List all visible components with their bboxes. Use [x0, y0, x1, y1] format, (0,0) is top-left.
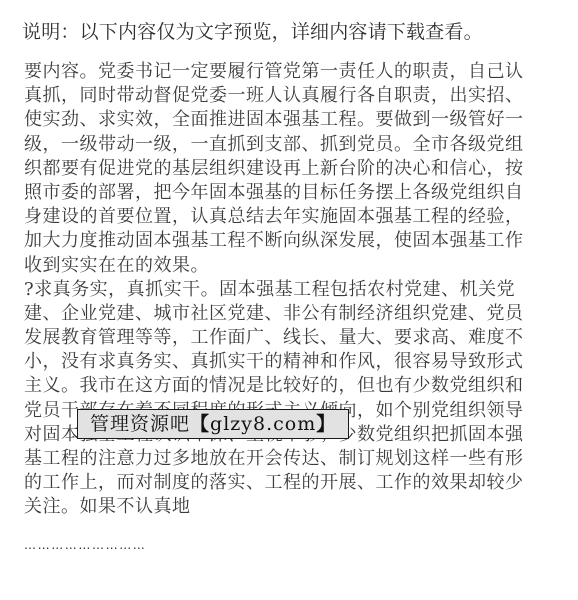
text-line: 发展教育管理等等，工作面广、线长、量大、要求高、难度不 [24, 326, 564, 350]
text-line: 加大力度推动固本强基工程不断向纵深发展，使固本强基工作 [24, 229, 564, 253]
truncation-ellipsis: ……………………… [24, 538, 146, 552]
text-line: 使实劲、求实效，全面推进固本强基工程。要做到一级管好一 [24, 108, 564, 132]
preview-notice: 说明：以下内容仅为文字预览，详细内容请下载查看。 [22, 17, 483, 44]
text-line: 小，没有求真务实、真抓实干的精神和作风，很容易导致形式 [24, 350, 564, 374]
text-line: ?求真务实，真抓实干。固本强基工程包括农村党建、机关党 [24, 278, 564, 302]
text-line: 收到实实在在的效果。 [24, 254, 564, 278]
watermark-bracket-close: 】 [316, 413, 336, 435]
text-line: 真抓，同时带动督促党委一班人认真履行各自职责，出实招、 [24, 84, 564, 108]
text-line: 关注。如果不认真地 [24, 495, 564, 519]
document-body: 要内容。党委书记一定要履行管党第一责任人的职责，自己认 真抓，同时带动督促党委一… [24, 60, 564, 520]
text-line: 照市委的部署，把今年固本强基的目标任务摆上各级党组织自 [24, 181, 564, 205]
text-line: 要内容。党委书记一定要履行管党第一责任人的职责，自己认 [24, 60, 564, 84]
watermark-site-name: 管理资源吧 [90, 413, 190, 435]
text-line: 基工程的注意力过多地放在开会传达、制订规划这样一些有形 [24, 447, 564, 471]
watermark-label: 管理资源吧【glzy8.com】 [77, 409, 349, 439]
text-line: 的工作上，而对制度的落实、工程的开展、工作的效果却较少 [24, 471, 564, 495]
text-line: 级，一级带动一级，一直抓到支部、抓到党员。全市各级党组 [24, 133, 564, 157]
watermark-domain: glzy8.com [210, 413, 316, 435]
watermark-bracket-open: 【 [190, 413, 210, 435]
text-line: 织都要有促进党的基层组织建设再上新台阶的决心和信心，按 [24, 157, 564, 181]
text-line: 主义。我市在这方面的情况是比较好的，但也有少数党组织和 [24, 374, 564, 398]
text-line: 身建设的首要位置，认真总结去年实施固本强基工程的经验， [24, 205, 564, 229]
text-line: 建、企业党建、城市社区党建、非公有制经济组织党建、党员 [24, 302, 564, 326]
